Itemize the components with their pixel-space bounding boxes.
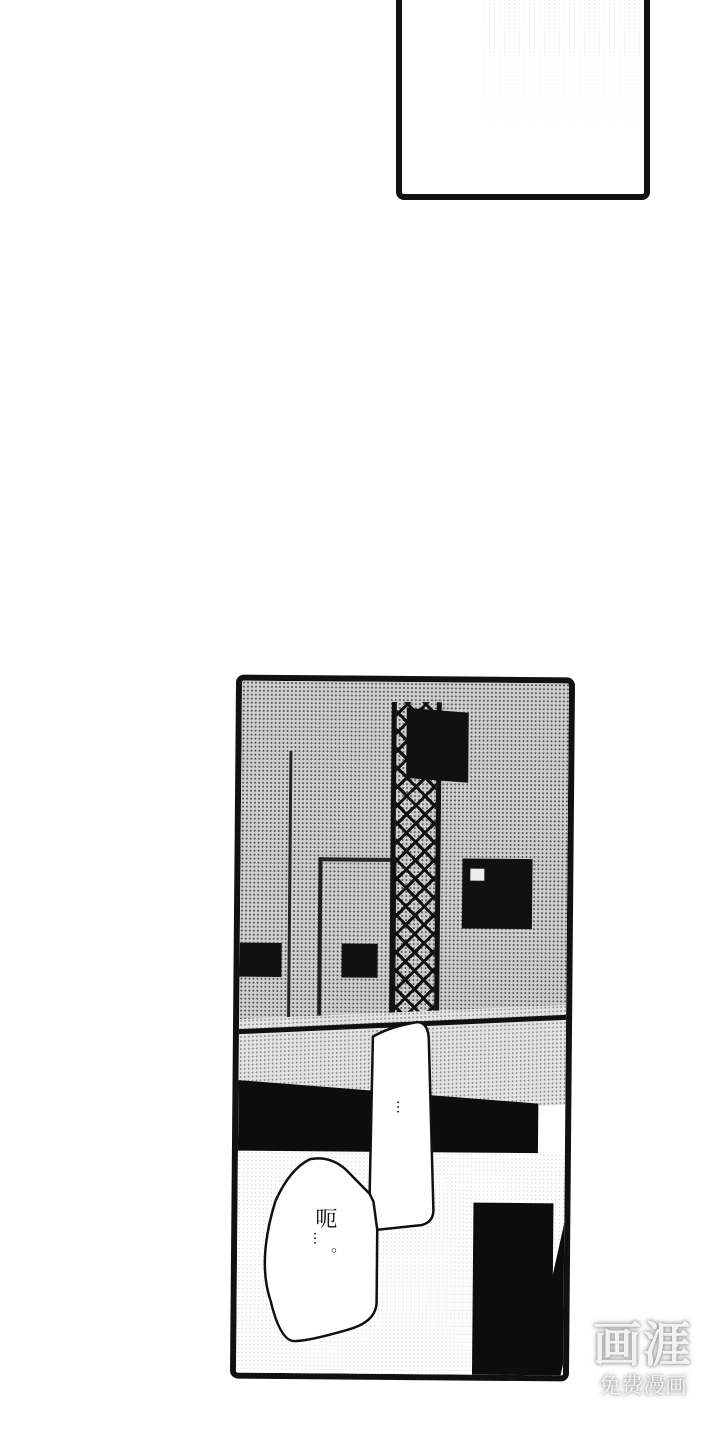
speech-bubble-1-text: …	[392, 1100, 406, 1112]
watermark-subtitle: 免费漫画	[568, 1372, 718, 1402]
comic-panel-main: … 呃 … 。	[230, 675, 575, 1382]
speech-bubble-2-ellipsis: …	[313, 1231, 323, 1243]
speech-bubble-2-word: 呃	[315, 1207, 337, 1232]
speech-bubble-2-period: 。	[331, 1235, 355, 1257]
speech-bubble-2-text: 呃 … 。	[315, 1209, 355, 1257]
panel-texture	[482, 0, 650, 134]
watermark-title: 画涯	[568, 1318, 718, 1372]
speech-bubbles	[236, 681, 575, 1382]
comic-panel-top	[396, 0, 650, 200]
watermark: 画涯 免费漫画	[568, 1318, 718, 1418]
speech-bubble-1	[369, 1022, 435, 1231]
